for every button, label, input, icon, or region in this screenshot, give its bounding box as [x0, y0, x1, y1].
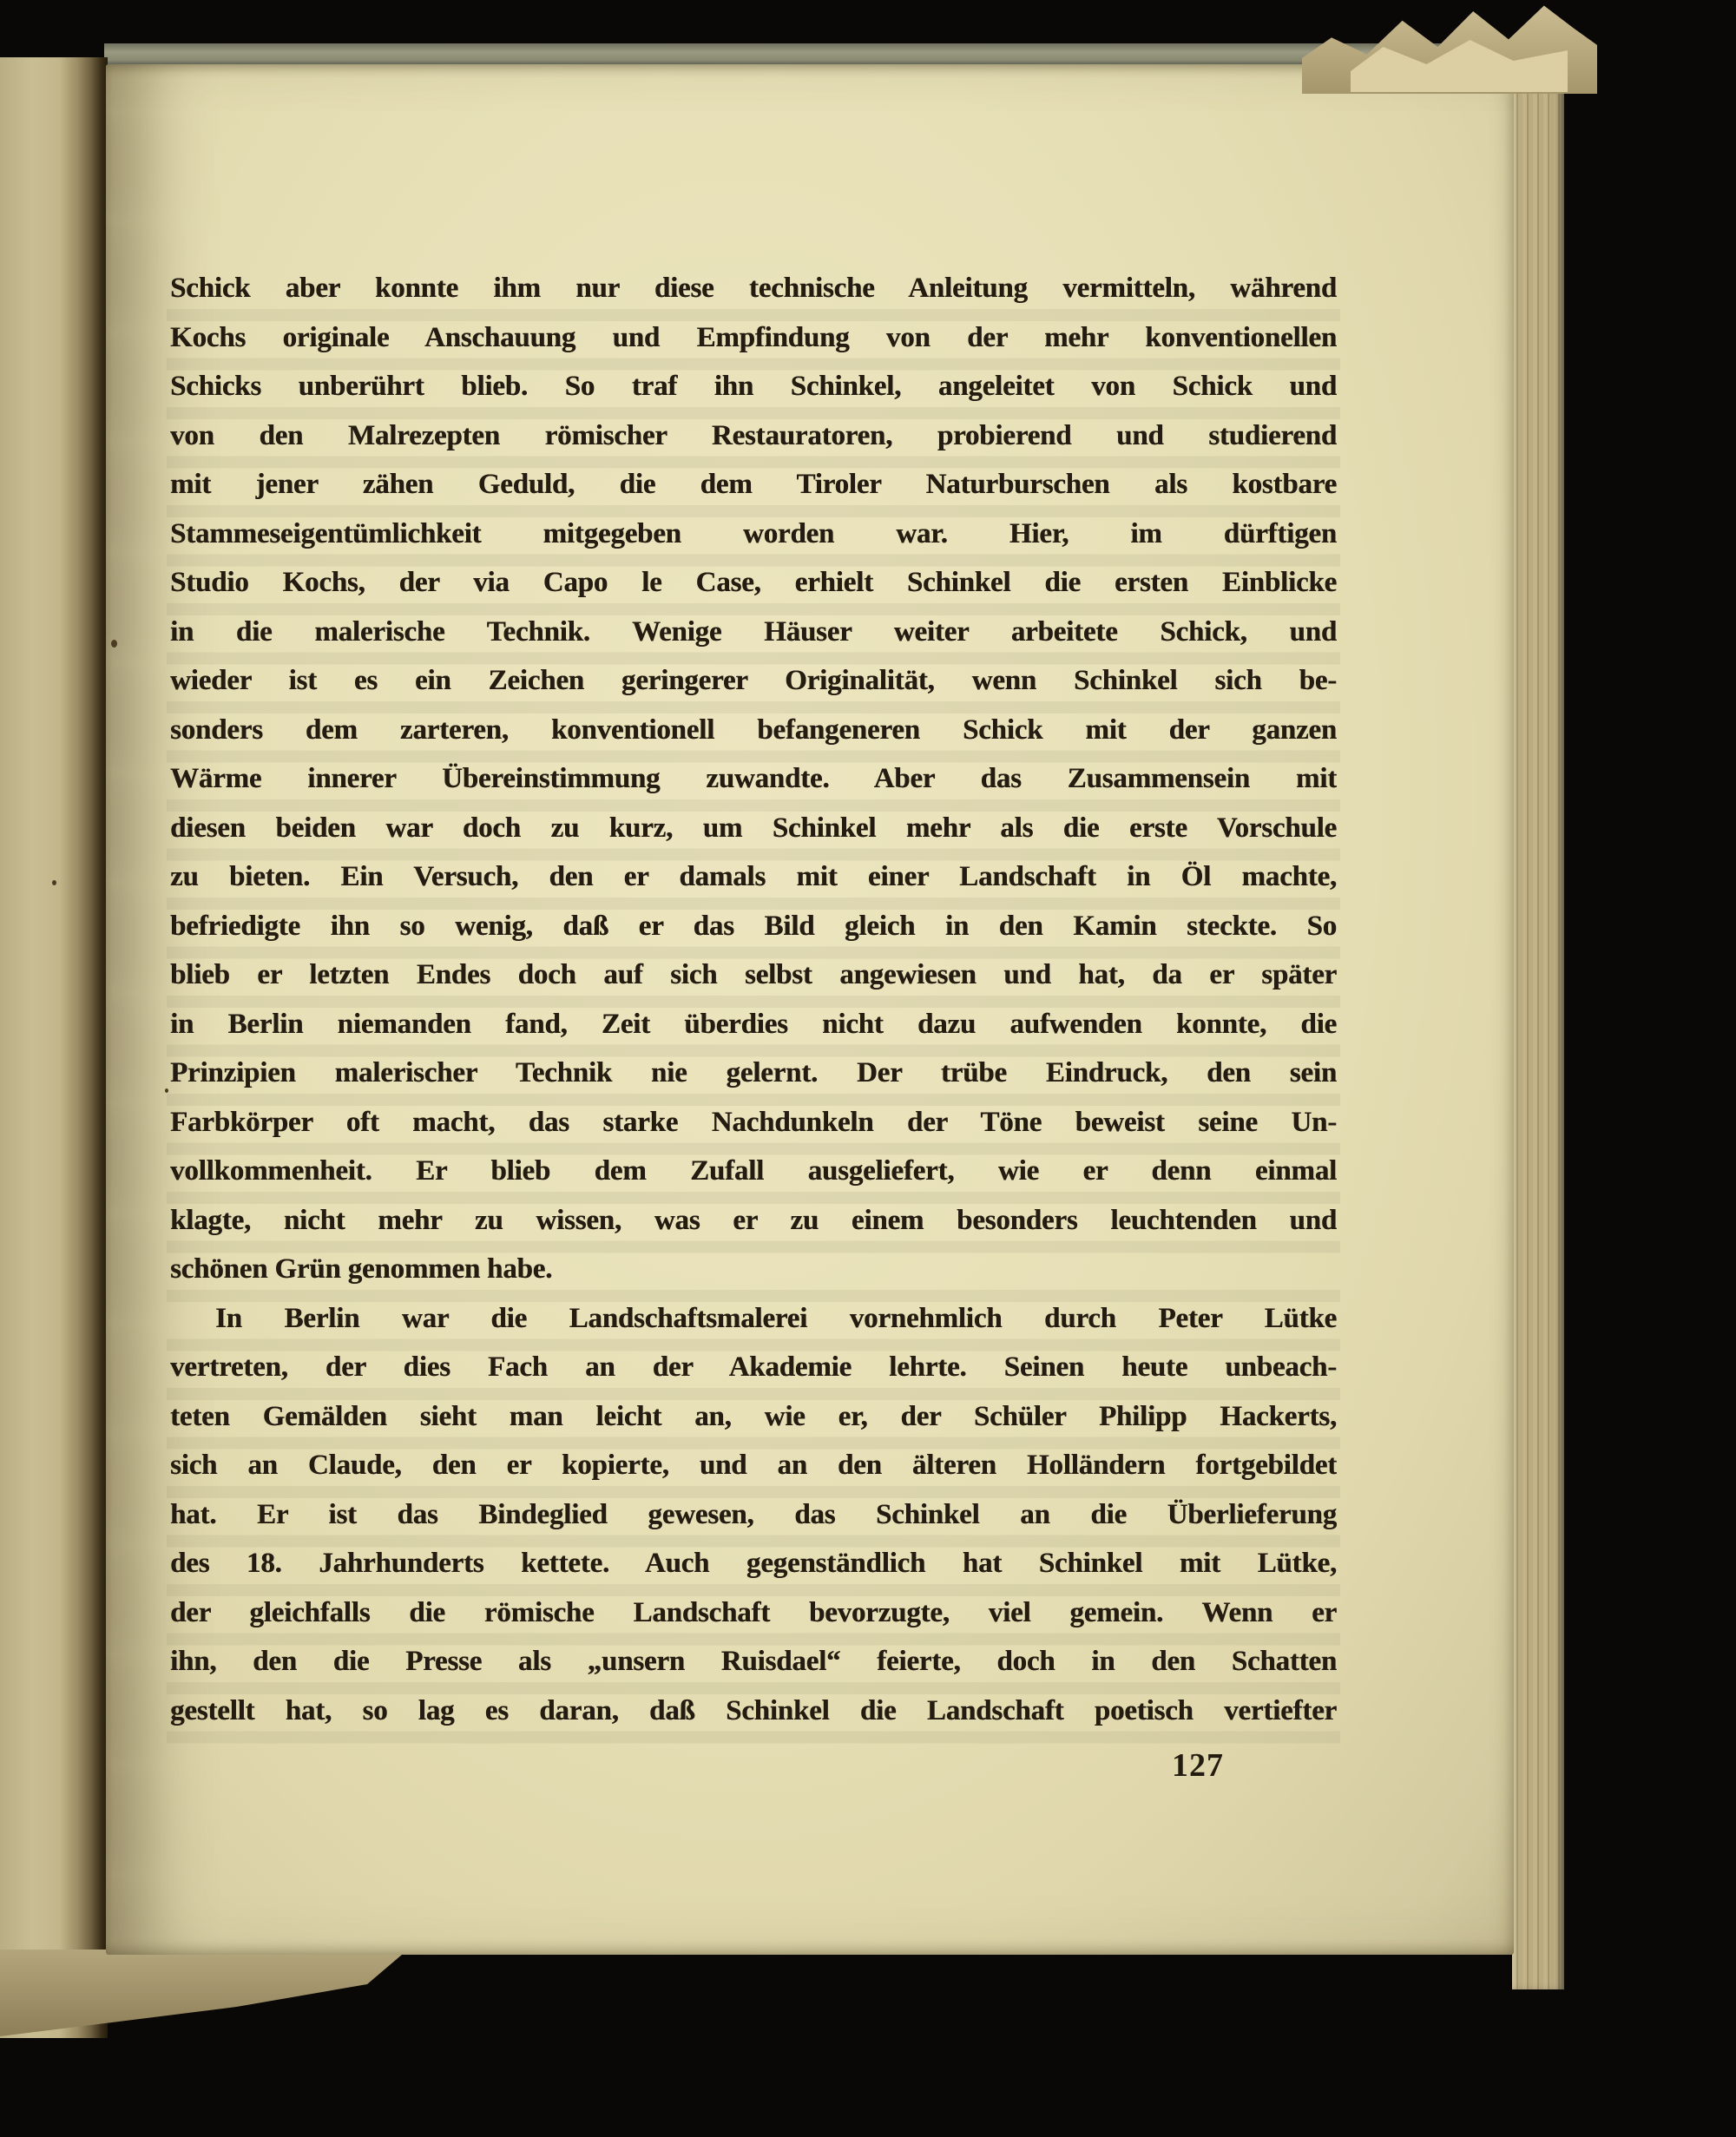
- paper-speck: [165, 1088, 168, 1093]
- page-number: 127: [1172, 1746, 1224, 1785]
- text-line: Schick aber konnte ihm nur diese technis…: [170, 264, 1337, 313]
- page-bottom-curl: [0, 1950, 408, 2036]
- text-line: Prinzipien malerischer Technik nie geler…: [170, 1049, 1337, 1098]
- text-line: Wärme innerer Übereinstimmung zuwandte. …: [170, 754, 1337, 804]
- text-line: des 18. Jahrhunderts kettete. Auch gegen…: [170, 1539, 1337, 1588]
- gutter-previous-page: [0, 57, 108, 2038]
- text-line: klagte, nicht mehr zu wissen, was er zu …: [170, 1196, 1337, 1246]
- text-line: in die malerische Technik. Wenige Häuser…: [170, 608, 1337, 657]
- text-line: In Berlin war die Landschaftsmalerei vor…: [170, 1294, 1337, 1344]
- paper-speck: [52, 880, 56, 885]
- text-line: befriedigte ihn so wenig, daß er das Bil…: [170, 902, 1337, 951]
- book-page: Schick aber konnte ihm nur diese technis…: [106, 64, 1514, 1955]
- paragraph-1: Schick aber konnte ihm nur diese technis…: [170, 264, 1337, 1294]
- page-edges-right: [1512, 49, 1564, 1989]
- text-line: teten Gemälden sieht man leicht an, wie …: [170, 1392, 1337, 1442]
- text-line: diesen beiden war doch zu kurz, um Schin…: [170, 804, 1337, 853]
- text-line: ihn, den die Presse als „unsern Ruisdael…: [170, 1637, 1337, 1687]
- text-line: hat. Er ist das Bindeglied gewesen, das …: [170, 1490, 1337, 1540]
- text-line: in Berlin niemanden fand, Zeit überdies …: [170, 1000, 1337, 1049]
- text-line: von den Malrezepten römischer Restaurato…: [170, 411, 1337, 461]
- text-line: Studio Kochs, der via Capo le Case, erhi…: [170, 558, 1337, 608]
- text-line: sonders dem zarteren, konventionell befa…: [170, 706, 1337, 755]
- text-line: Kochs originale Anschauung und Empfindun…: [170, 313, 1337, 363]
- paper-speck: [111, 640, 117, 648]
- text-line: sich an Claude, den er kopierte, und an …: [170, 1441, 1337, 1490]
- text-line: blieb er letzten Endes doch auf sich sel…: [170, 950, 1337, 1000]
- text-line: zu bieten. Ein Versuch, den er damals mi…: [170, 852, 1337, 902]
- text-line: gestellt hat, so lag es daran, daß Schin…: [170, 1687, 1337, 1736]
- text-line: schönen Grün genommen habe.: [170, 1245, 1337, 1294]
- text-line: wieder ist es ein Zeichen geringerer Ori…: [170, 656, 1337, 706]
- text-line: vertreten, der dies Fach an der Akademie…: [170, 1343, 1337, 1392]
- text-line: der gleichfalls die römische Landschaft …: [170, 1588, 1337, 1638]
- text-line: Stammeseigentümlichkeit mitgegeben worde…: [170, 510, 1337, 559]
- page-text: Schick aber konnte ihm nur diese technis…: [170, 264, 1337, 1735]
- text-line: Schicks unberührt blieb. So traf ihn Sch…: [170, 362, 1337, 411]
- text-line: vollkommenheit. Er blieb dem Zufall ausg…: [170, 1147, 1337, 1196]
- paragraph-2: In Berlin war die Landschaftsmalerei vor…: [170, 1294, 1337, 1736]
- text-line: mit jener zähen Geduld, die dem Tiroler …: [170, 460, 1337, 510]
- text-line: Farbkörper oft macht, das starke Nachdun…: [170, 1098, 1337, 1147]
